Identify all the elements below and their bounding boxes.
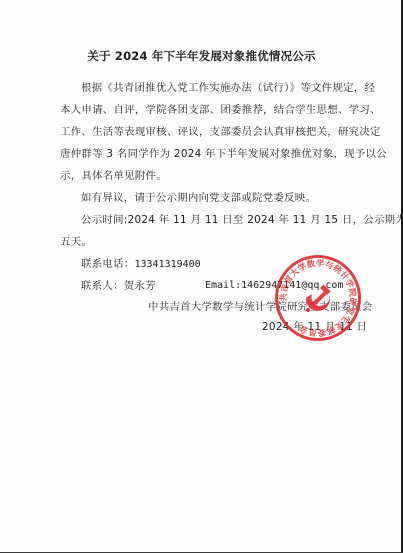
paragraph-1-line-1: 根据《共青团推优入党工作实施办法（试行）》等文件规定，经 [81, 81, 375, 95]
person-label: 联系人： [81, 280, 124, 292]
official-seal-stamp-icon: 中共吉首大学数学与统计学院研究生支部委员会 [274, 254, 362, 342]
paragraph-2-line-1: 如有异议，请于公示期内向党支部或院党委反映。 [81, 191, 316, 205]
phone-label: 联系电话： [81, 258, 134, 270]
paragraph-1-line-5: 示，具体名单见附件。 [60, 169, 167, 183]
paragraph-3-line-1: 公示时间:2024 年 11 月 11 日至 2024 年 11 月 15 日，… [81, 213, 403, 227]
person-value: 贺永芳 [124, 280, 156, 292]
paragraph-3-line-2: 五天。 [60, 235, 92, 249]
paragraph-1-line-4: 唐仲群等 3 名同学作为 2024 年下半年发展对象推优对象，现予以公 [60, 147, 387, 161]
phone-value: 13341319400 [134, 259, 200, 270]
paragraph-1-line-3: 工作、生活等表现审核、评议，支部委员会认真审核把关，研究决定 [60, 125, 381, 139]
document-page: 关于 2024 年下半年发展对象推优情况公示 根据《共青团推优入党工作实施办法（… [0, 0, 403, 553]
hammer-sickle-emblem-icon [306, 284, 331, 312]
document-title: 关于 2024 年下半年发展对象推优情况公示 [0, 48, 403, 64]
email-label: Email: [205, 280, 241, 291]
paragraph-1-line-2: 本人申请、自评，学院各团支部、团委推荐，结合学生思想、学习、 [60, 103, 381, 117]
contact-phone-row: 联系电话：13341319400 [81, 257, 201, 272]
